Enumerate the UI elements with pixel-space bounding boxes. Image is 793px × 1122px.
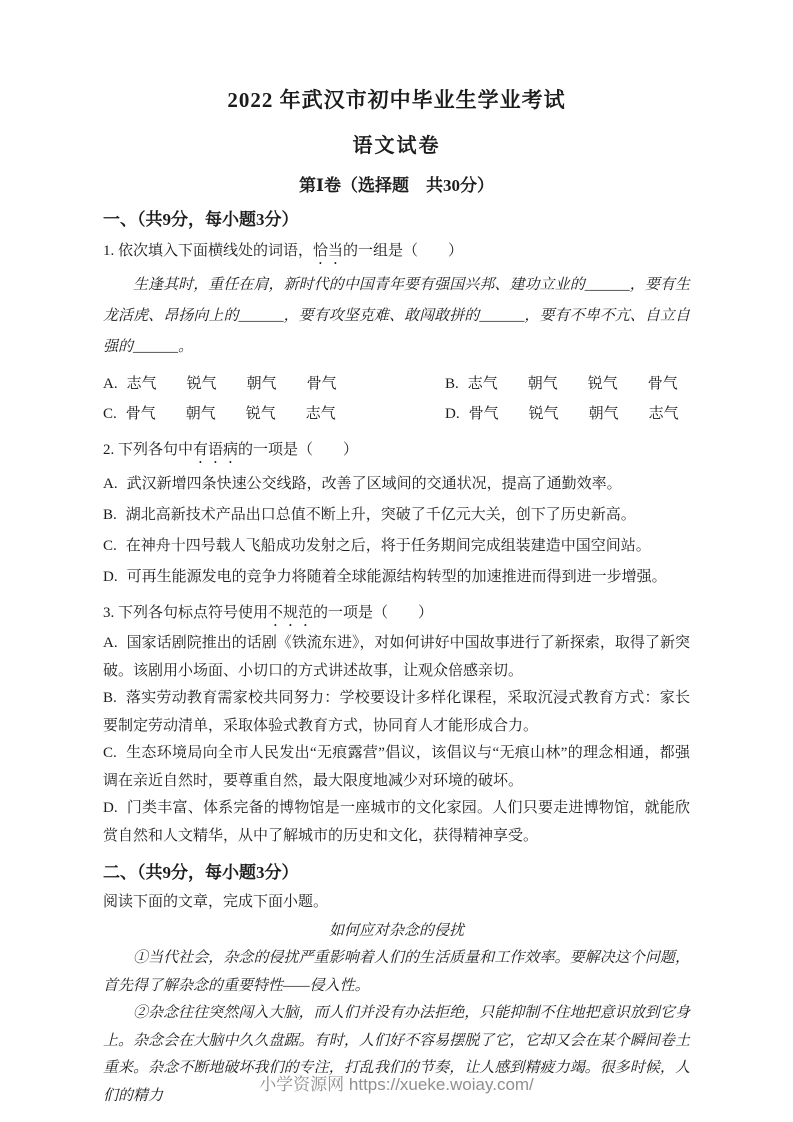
- q1-option-b-label: B.: [445, 376, 459, 392]
- q3-option-b-text: 落实劳动教育需家校共同努力：学校要设计多样化课程，采取沉浸式教育方式：家长要制定…: [103, 690, 690, 734]
- essay-paragraph-1: ①当代社会，杂念的侵扰严重影响着人们的生活质量和工作效率。要解决这个问题，首先得…: [103, 945, 690, 1000]
- q2-option-d-label: D.: [103, 569, 118, 585]
- q3-stem-emphasis: 不规范: [268, 605, 313, 621]
- q3-option-c-label: C.: [103, 745, 117, 761]
- q1-option-d: D.骨气 锐气 朝气 志气: [445, 399, 690, 429]
- q1-option-c-text: 骨气 朝气 锐气 志气: [126, 406, 336, 422]
- q3-stem-suffix: 的一项是（ ）: [313, 605, 433, 621]
- volume-header: 第Ⅰ卷（选择题 共30分）: [103, 175, 690, 196]
- q2-option-d: D.可再生能源发电的竞争力将随着全球能源结构转型的加速推进而得到进一步增强。: [103, 563, 690, 591]
- q3-option-d: D.门类丰富、体系完备的博物馆是一座城市的文化家园。人们只要走进博物馆，就能欣赏…: [103, 795, 690, 850]
- question-2: 2. 下列各句中有语病的一项是（ ） A.武汉新增四条快速公交线路，改善了区域间…: [103, 436, 690, 591]
- q2-stem-emphasis: 有语病: [193, 442, 238, 458]
- q1-option-d-text: 骨气 锐气 朝气 志气: [469, 406, 679, 422]
- q1-option-b: B.志气 朝气 锐气 骨气: [445, 369, 690, 399]
- q2-option-d-text: 可再生能源发电的竞争力将随着全球能源结构转型的加速推进而得到进一步增强。: [127, 569, 667, 585]
- q2-option-a-text: 武汉新增四条快速公交线路，改善了区域间的交通状况，提高了通勤效率。: [127, 476, 622, 492]
- q1-option-b-text: 志气 朝气 锐气 骨气: [468, 376, 678, 392]
- question-3: 3. 下列各句标点符号使用不规范的一项是（ ） A.国家话剧院推出的话剧《铁流东…: [103, 600, 690, 850]
- section-one-heading: 一、（共9分，每小题3分）: [103, 209, 690, 231]
- exam-title: 2022 年武汉市初中毕业生学业考试: [103, 88, 690, 113]
- q3-stem-prefix: 3. 下列各句标点符号使用: [103, 605, 268, 621]
- q2-option-c-label: C.: [103, 538, 117, 554]
- q3-option-a-label: A.: [103, 635, 118, 651]
- q2-option-a-label: A.: [103, 476, 118, 492]
- reading-instruction: 阅读下面的文章，完成下面小题。: [103, 889, 690, 915]
- q1-options: A.志气 锐气 朝气 骨气 B.志气 朝气 锐气 骨气 C.骨气 朝气 锐气 志…: [103, 369, 690, 429]
- q3-option-a: A.国家话剧院推出的话剧《铁流东进》，对如何讲好中国故事进行了新探索，取得了新突…: [103, 630, 690, 685]
- footer-watermark-link: 小学资源网 https://xueke.woiay.com/: [0, 1074, 793, 1096]
- q2-option-a: A.武汉新增四条快速公交线路，改善了区域间的交通状况，提高了通勤效率。: [103, 470, 690, 498]
- q1-option-c-label: C.: [103, 406, 117, 422]
- q2-option-b: B.湖北高新技术产品出口总值不断上升，突破了千亿元大关，创下了历史新高。: [103, 501, 690, 529]
- q2-option-b-text: 湖北高新技术产品出口总值不断上升，突破了千亿元大关，创下了历史新高。: [126, 507, 636, 523]
- q3-option-d-text: 门类丰富、体系完备的博物馆是一座城市的文化家园。人们只要走进博物馆，就能欣赏自然…: [103, 800, 690, 844]
- q3-stem: 3. 下列各句标点符号使用不规范的一项是（ ）: [103, 600, 690, 630]
- q1-stem: 1. 依次填入下面横线处的词语，恰当的一组是（ ）: [103, 240, 690, 268]
- q2-option-c: C.在神舟十四号载人飞船成功发射之后，将于任务期间完成组装建造中国空间站。: [103, 532, 690, 560]
- q1-option-a: A.志气 锐气 朝气 骨气: [103, 369, 445, 399]
- q1-stem-emphasis: 恰当: [313, 243, 343, 259]
- q3-option-c-text: 生态环境局向全市人民发出“无痕露营”倡议，该倡议与“无痕山林”的理念相通，都强调…: [103, 745, 690, 789]
- section-two-heading: 二、（共9分，每小题3分）: [103, 862, 690, 884]
- q1-option-c: C.骨气 朝气 锐气 志气: [103, 399, 445, 429]
- q2-option-b-label: B.: [103, 507, 117, 523]
- q3-option-b: B.落实劳动教育需家校共同努力：学校要设计多样化课程，采取沉浸式教育方式：家长要…: [103, 685, 690, 740]
- q3-option-d-label: D.: [103, 800, 118, 816]
- exam-paper-page: 2022 年武汉市初中毕业生学业考试 语文试卷 第Ⅰ卷（选择题 共30分） 一、…: [0, 0, 793, 1122]
- q1-stem-suffix: 的一组是（ ）: [343, 243, 463, 259]
- paper-title: 语文试卷: [103, 134, 690, 158]
- q2-stem-suffix: 的一项是（ ）: [238, 442, 358, 458]
- q1-option-d-label: D.: [445, 406, 460, 422]
- q2-stem-prefix: 2. 下列各句中: [103, 442, 193, 458]
- q1-option-a-text: 志气 锐气 朝气 骨气: [127, 376, 337, 392]
- q3-option-a-text: 国家话剧院推出的话剧《铁流东进》，对如何讲好中国故事进行了新探索，取得了新突破。…: [103, 635, 690, 679]
- q2-stem: 2. 下列各句中有语病的一项是（ ）: [103, 436, 690, 467]
- q1-stem-prefix: 1. 依次填入下面横线处的词语，: [103, 243, 313, 259]
- question-1: 1. 依次填入下面横线处的词语，恰当的一组是（ ） 生逢其时，重任在肩，新时代的…: [103, 240, 690, 429]
- q2-option-c-text: 在神舟十四号载人飞船成功发射之后，将于任务期间完成组装建造中国空间站。: [126, 538, 651, 554]
- q3-option-c: C.生态环境局向全市人民发出“无痕露营”倡议，该倡议与“无痕山林”的理念相通，都…: [103, 740, 690, 795]
- q1-passage: 生逢其时，重任在肩，新时代的中国青年要有强国兴邦、建功立业的______，要有生…: [103, 270, 690, 363]
- essay-title: 如何应对杂念的侵扰: [103, 917, 690, 945]
- q3-option-b-label: B.: [103, 690, 117, 706]
- q1-option-a-label: A.: [103, 376, 118, 392]
